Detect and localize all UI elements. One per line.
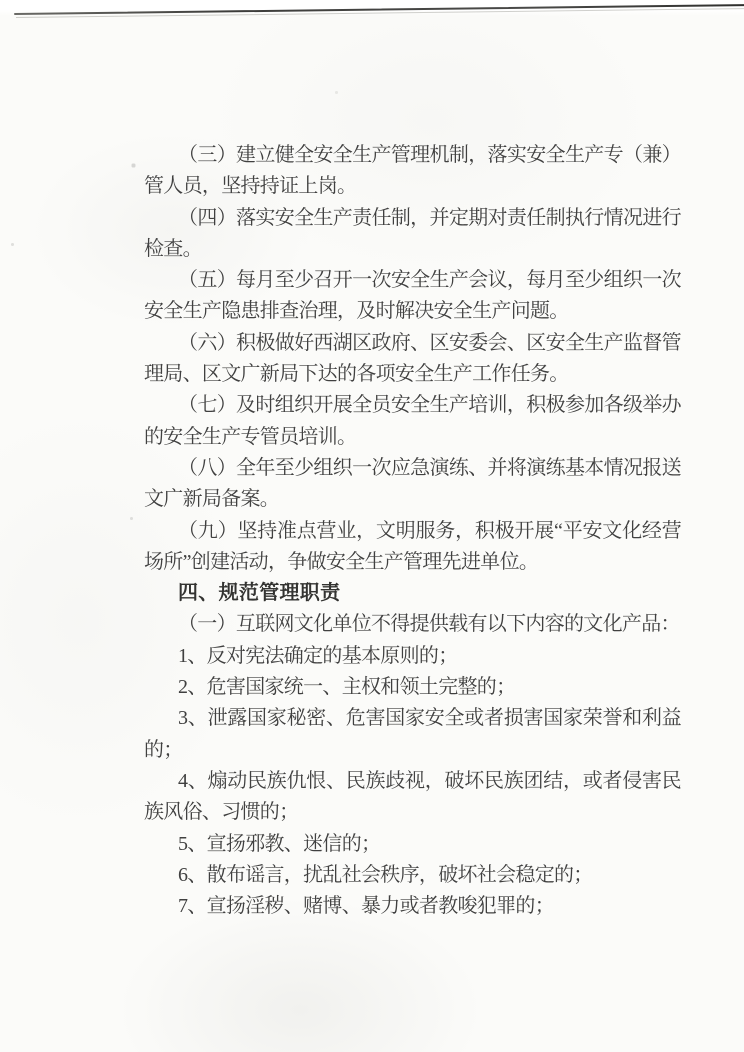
document-line: 的安全生产专管员培训。 bbox=[144, 422, 681, 453]
document-line: （一）互联网文化单位不得提供载有以下内容的文化产品： bbox=[144, 609, 681, 640]
document-line: 2、危害国家统一、主权和领土完整的； bbox=[144, 672, 681, 703]
document-line: 安全生产隐患排查治理，及时解决安全生产问题。 bbox=[144, 296, 681, 327]
document-line: 场所”创建活动，争做安全生产管理先进单位。 bbox=[144, 547, 681, 578]
document-line: 文广新局备案。 bbox=[144, 484, 681, 515]
document-line: 管人员，坚持持证上岗。 bbox=[144, 171, 681, 202]
document-line: 4、煽动民族仇恨、民族歧视，破坏民族团结，或者侵害民 bbox=[144, 766, 681, 797]
document-line: 5、宣扬邪教、迷信的； bbox=[144, 829, 681, 860]
document-line: 的； bbox=[144, 735, 681, 766]
section-heading: 四、规范管理职责 bbox=[144, 578, 681, 609]
document-line: 7、宣扬淫秽、赌博、暴力或者教唆犯罪的； bbox=[144, 891, 681, 922]
scan-noise-specks bbox=[0, 0, 1, 1]
document-line: （七）及时组织开展全员安全生产培训，积极参加各级举办 bbox=[144, 390, 681, 421]
document-line: （五）每月至少召开一次安全生产会议，每月至少组织一次 bbox=[144, 265, 681, 296]
document-line: （八）全年至少组织一次应急演练、并将演练基本情况报送 bbox=[144, 453, 681, 484]
document-line: （六）积极做好西湖区政府、区安委会、区安全生产监督管 bbox=[144, 328, 681, 359]
document-line: 1、反对宪法确定的基本原则的； bbox=[144, 641, 681, 672]
document-line: （九）坚持准点营业，文明服务，积极开展“平安文化经营 bbox=[144, 516, 681, 547]
document-line: （四）落实安全生产责任制，并定期对责任制执行情况进行 bbox=[144, 203, 681, 234]
document-line: 6、散布谣言，扰乱社会秩序，破坏社会稳定的； bbox=[144, 860, 681, 891]
document-line: 检查。 bbox=[144, 234, 681, 265]
scanned-page: （三）建立健全安全生产管理机制，落实安全生产专（兼）管人员，坚持持证上岗。（四）… bbox=[0, 0, 744, 1052]
document-line: 理局、区文广新局下达的各项安全生产工作任务。 bbox=[144, 359, 681, 390]
document-line: （三）建立健全安全生产管理机制，落实安全生产专（兼） bbox=[144, 140, 681, 171]
document-line: 3、泄露国家秘密、危害国家安全或者损害国家荣誉和利益 bbox=[144, 703, 681, 734]
document-line: 族风俗、习惯的； bbox=[144, 797, 681, 828]
document-body: （三）建立健全安全生产管理机制，落实安全生产专（兼）管人员，坚持持证上岗。（四）… bbox=[144, 140, 681, 922]
